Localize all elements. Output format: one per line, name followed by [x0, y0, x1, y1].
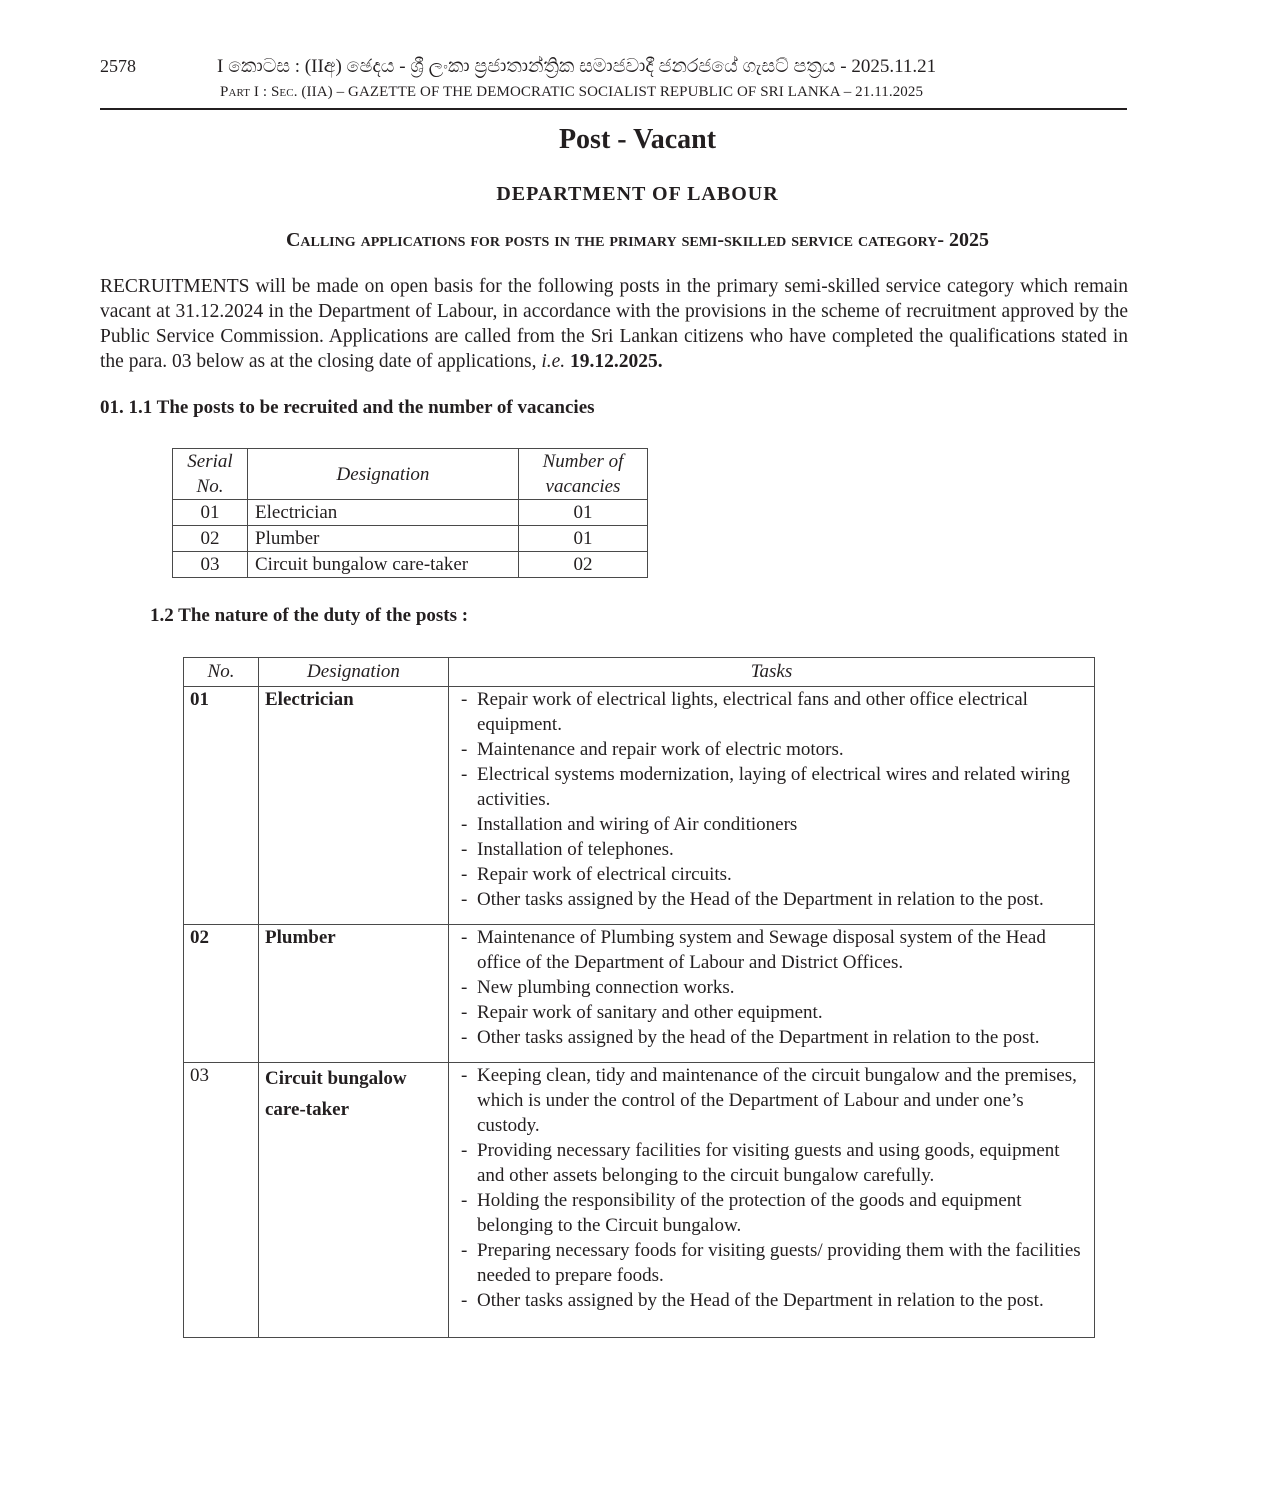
section-1-1-heading: 01. 1.1 The posts to be recruited and th… — [100, 397, 595, 419]
task-item: Holding the responsibility of the protec… — [459, 1188, 1084, 1238]
table-row: 02 Plumber 01 — [173, 526, 648, 552]
task-item: Installation of telephones. — [459, 837, 1084, 862]
task-item: Repair work of sanitary and other equipm… — [459, 1000, 1084, 1025]
task-item: Providing necessary facilities for visit… — [459, 1138, 1084, 1188]
task-item: Other tasks assigned by the Head of the … — [459, 887, 1084, 912]
designation-cell: Circuit bungalow care-taker — [248, 552, 519, 578]
serial-cell: 01 — [173, 500, 248, 526]
table-header-row: No. Designation Tasks — [184, 658, 1095, 687]
task-item: Maintenance and repair work of electric … — [459, 737, 1084, 762]
task-item: Installation and wiring of Air condition… — [459, 812, 1084, 837]
table-row: 02 Plumber Maintenance of Plumbing syste… — [184, 925, 1095, 1063]
col-designation: Designation — [248, 449, 519, 500]
calling-heading: Calling applications for posts in the pr… — [0, 229, 1275, 252]
intro-paragraph: RECRUITMENTS will be made on open basis … — [100, 274, 1128, 374]
designation-cell: Plumber — [248, 526, 519, 552]
header-gazette: (IIA) – GAZETTE OF THE DEMOCRATIC SOCIAL… — [301, 84, 923, 100]
designation-cell: Plumber — [259, 925, 449, 1063]
vacancies-table: SerialNo. Designation Number ofvacancies… — [172, 448, 648, 578]
task-item: Other tasks assigned by the Head of the … — [459, 1288, 1084, 1313]
task-item: Repair work of electrical circuits. — [459, 862, 1084, 887]
task-list: Keeping clean, tidy and maintenance of t… — [459, 1063, 1084, 1313]
tasks-cell: Repair work of electrical lights, electr… — [449, 687, 1095, 925]
designation-cell: Electrician — [259, 687, 449, 925]
no-cell: 02 — [184, 925, 259, 1063]
closing-date: 19.12.2025. — [570, 351, 663, 372]
serial-cell: 02 — [173, 526, 248, 552]
section-1-2-heading: 1.2 The nature of the duty of the posts … — [150, 605, 468, 627]
task-item: Electrical systems modernization, laying… — [459, 762, 1084, 812]
table-header-row: SerialNo. Designation Number ofvacancies — [173, 449, 648, 500]
intro-ie: i.e. — [541, 351, 565, 372]
vacancies-cell: 02 — [519, 552, 648, 578]
designation-cell: Electrician — [248, 500, 519, 526]
header-rule — [100, 108, 1127, 110]
vacancies-cell: 01 — [519, 500, 648, 526]
table-row: 01 Electrician 01 — [173, 500, 648, 526]
task-item: Maintenance of Plumbing system and Sewag… — [459, 925, 1084, 975]
tasks-cell: Maintenance of Plumbing system and Sewag… — [449, 925, 1095, 1063]
col-serial: SerialNo. — [173, 449, 248, 500]
task-list: Repair work of electrical lights, electr… — [459, 687, 1084, 912]
header-english: Part I : Sec. (IIA) – GAZETTE OF THE DEM… — [220, 84, 923, 101]
col-tasks: Tasks — [449, 658, 1095, 687]
table-row: 03 Circuit bungalowcare-taker Keeping cl… — [184, 1063, 1095, 1338]
table-row: 01 Electrician Repair work of electrical… — [184, 687, 1095, 925]
serial-cell: 03 — [173, 552, 248, 578]
header-part: Part I : Sec. — [220, 84, 298, 100]
department-heading: DEPARTMENT OF LABOUR — [0, 183, 1275, 206]
col-no: No. — [184, 658, 259, 687]
col-designation: Designation — [259, 658, 449, 687]
designation-cell: Circuit bungalowcare-taker — [259, 1063, 449, 1338]
task-item: Other tasks assigned by the head of the … — [459, 1025, 1084, 1050]
no-cell: 03 — [184, 1063, 259, 1338]
no-cell: 01 — [184, 687, 259, 925]
page-number: 2578 — [100, 56, 136, 77]
page-title: Post - Vacant — [0, 124, 1275, 156]
col-vacancies: Number ofvacancies — [519, 449, 648, 500]
header-sinhala: I කොටස : (IIඅ) ඡෙදය - ශ්‍රී ලංකා ප්‍රජාත… — [217, 56, 936, 78]
task-item: Keeping clean, tidy and maintenance of t… — [459, 1063, 1084, 1138]
table-row: 03 Circuit bungalow care-taker 02 — [173, 552, 648, 578]
tasks-cell: Keeping clean, tidy and maintenance of t… — [449, 1063, 1095, 1338]
task-item: New plumbing connection works. — [459, 975, 1084, 1000]
duties-table: No. Designation Tasks 01 Electrician Rep… — [183, 657, 1095, 1338]
task-list: Maintenance of Plumbing system and Sewag… — [459, 925, 1084, 1050]
task-item: Repair work of electrical lights, electr… — [459, 687, 1084, 737]
vacancies-cell: 01 — [519, 526, 648, 552]
task-item: Preparing necessary foods for visiting g… — [459, 1238, 1084, 1288]
